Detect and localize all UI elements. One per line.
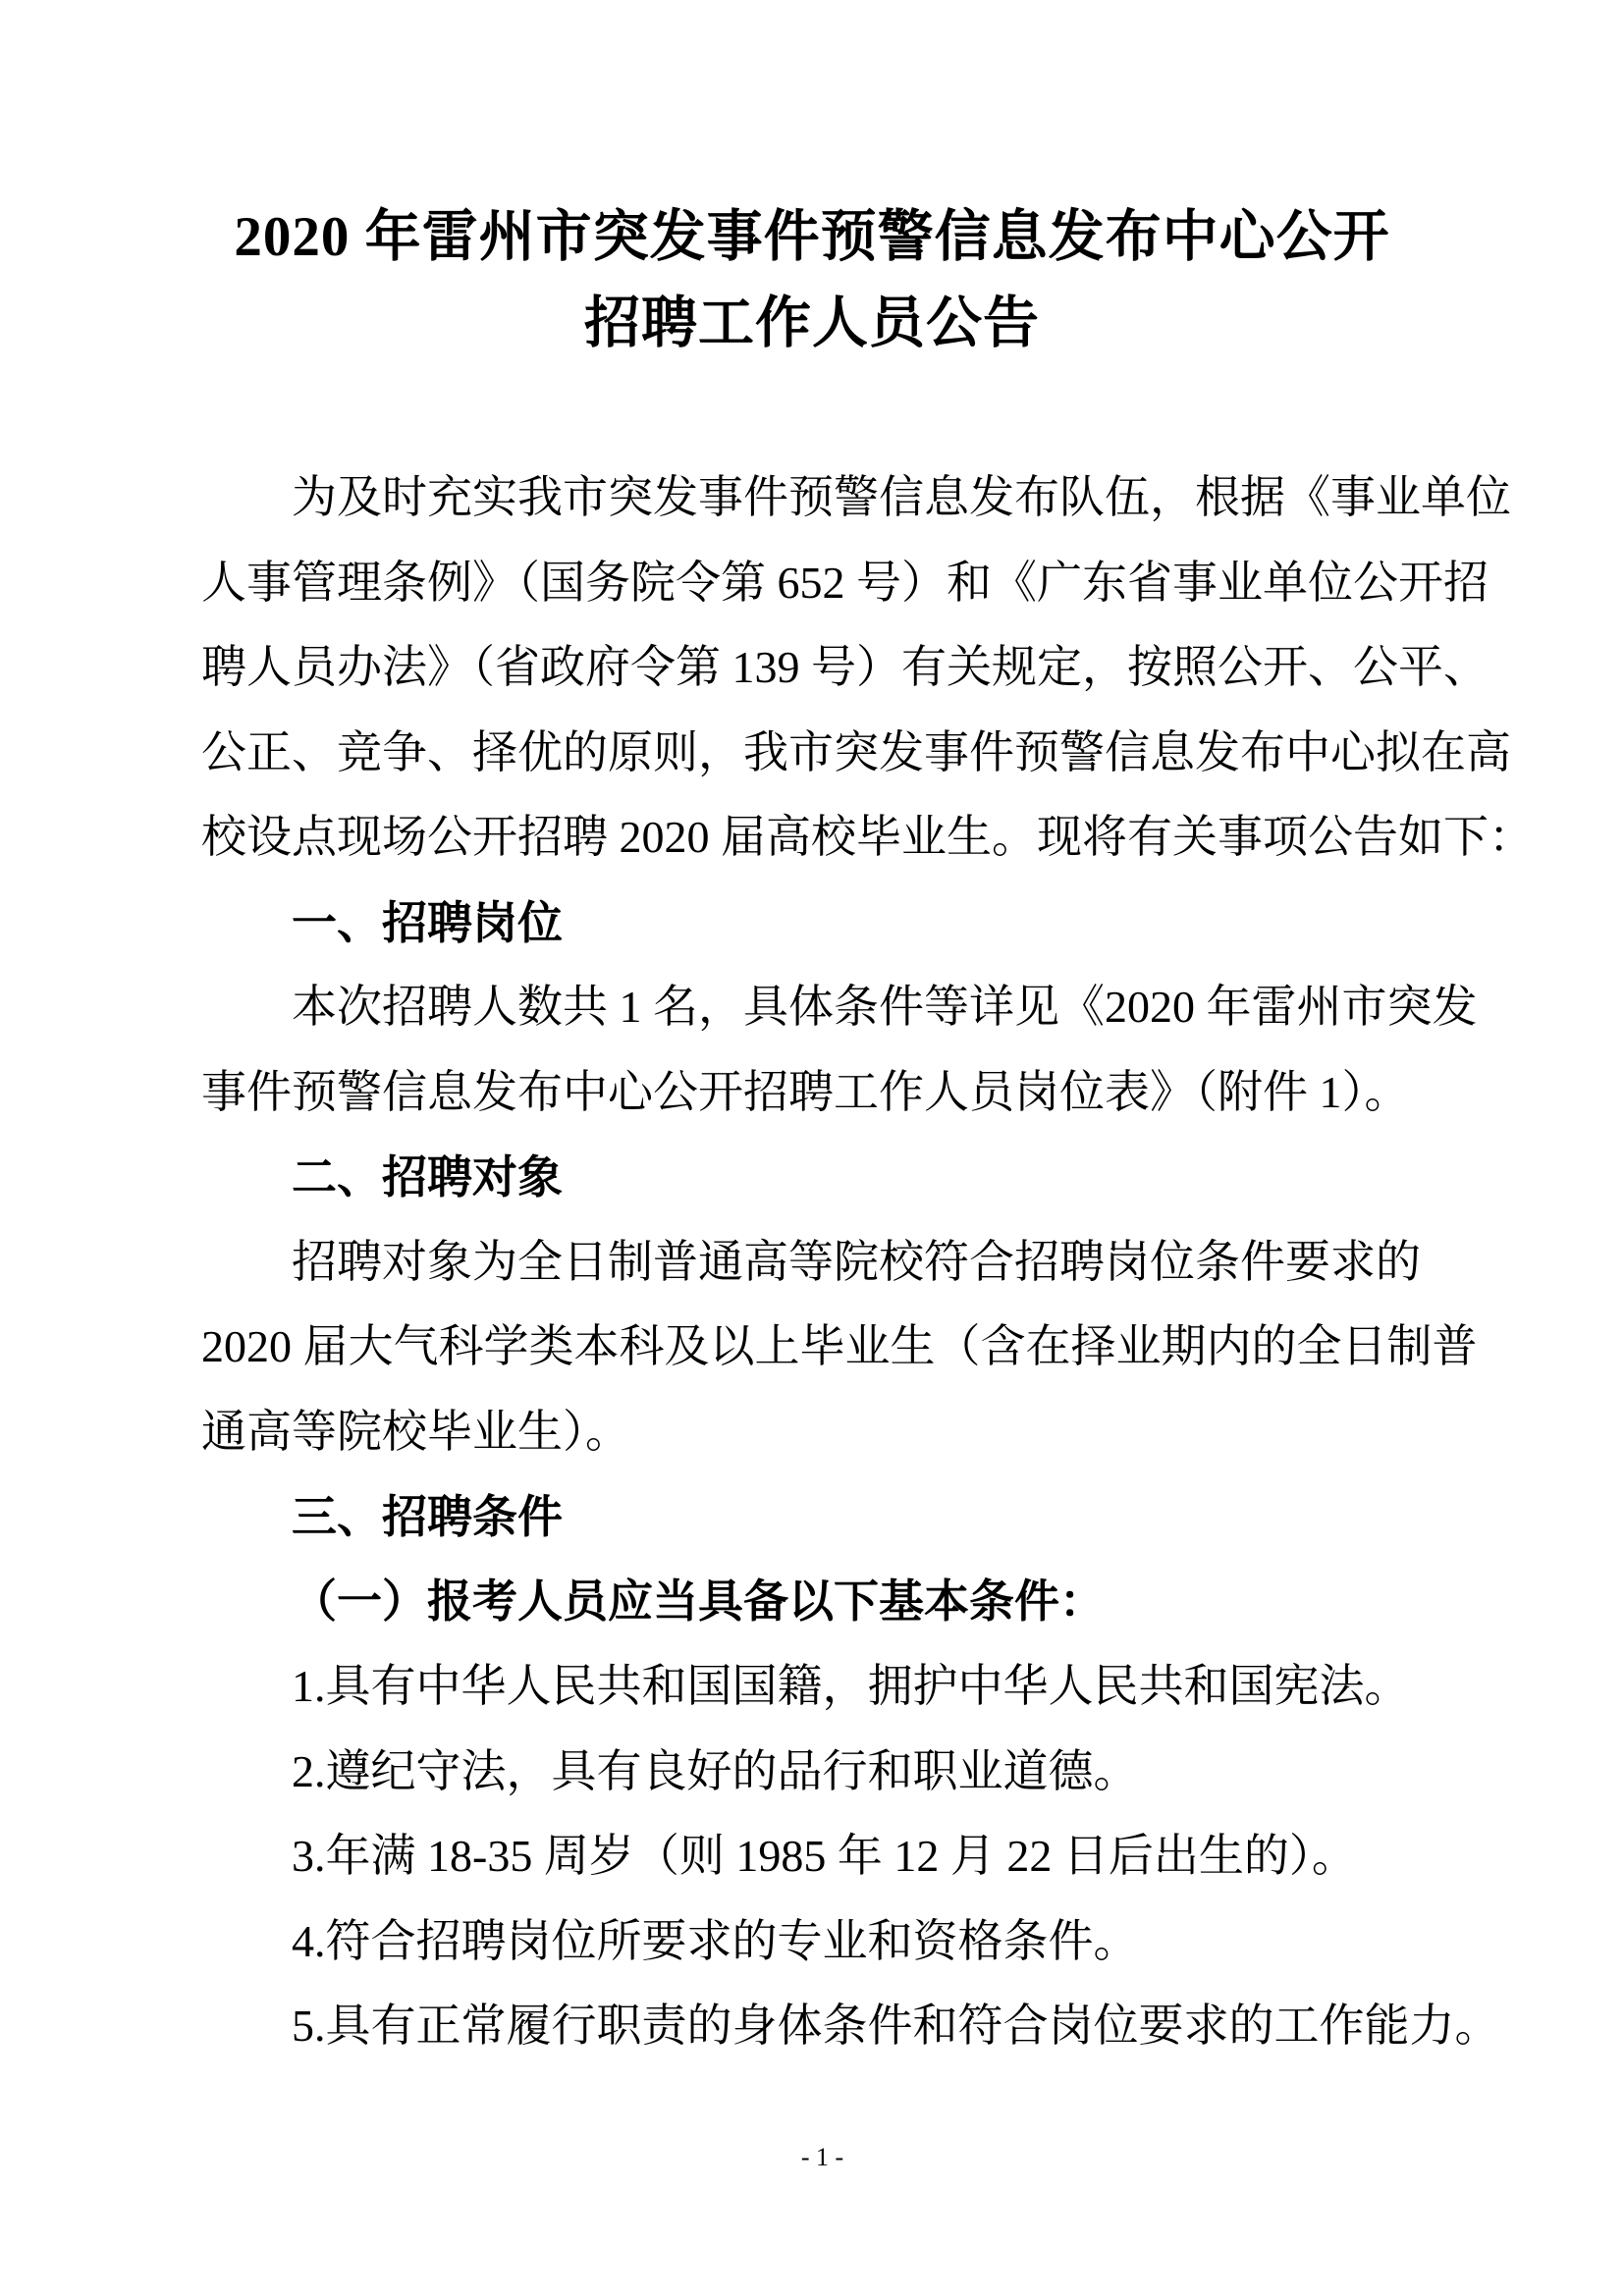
paragraph-intro-line-1: 为及时充实我市突发事件预警信息发布队伍，根据《事业单位 [201,455,1443,541]
paragraph-positions-line-2: 事件预警信息发布中心公开招聘工作人员岗位表》（附件 1）。 [201,1050,1443,1136]
paragraph-intro-line-4: 公正、竞争、择优的原则，我市突发事件预警信息发布中心拟在高 [201,711,1443,796]
subsection-heading-basic-conditions: （一）报考人员应当具备以下基本条件： [201,1560,1443,1645]
condition-item-3: 3.年满 18-35 周岁（则 1985 年 12 月 22 日后出生的）。 [201,1814,1443,1899]
document-title: 2020 年雷州市突发事件预警信息发布中心公开 招聘工作人员公告 [0,0,1624,367]
page-number: - 1 - [201,2138,1443,2177]
paragraph-targets-line-3: 通高等院校毕业生）。 [201,1390,1443,1475]
paragraph-positions-line-1: 本次招聘人数共 1 名，具体条件等详见《2020 年雷州市突发 [201,965,1443,1050]
paragraph-targets-line-1: 招聘对象为全日制普通高等院校符合招聘岗位条件要求的 [201,1220,1443,1306]
document-body: 为及时充实我市突发事件预警信息发布队伍，根据《事业单位 人事管理条例》（国务院令… [201,455,1443,2069]
condition-item-2: 2.遵纪守法，具有良好的品行和职业道德。 [201,1730,1443,1815]
paragraph-intro-line-5: 校设点现场公开招聘 2020 届高校毕业生。现将有关事项公告如下： [201,795,1443,881]
paragraph-intro-line-3: 聘人员办法》（省政府令第 139 号）有关规定，按照公开、公平、 [201,625,1443,711]
section-heading-recruitment-positions: 一、招聘岗位 [201,881,1443,966]
title-line-2: 招聘工作人员公告 [0,281,1624,367]
section-heading-recruitment-conditions: 三、招聘条件 [201,1474,1443,1560]
condition-item-5: 5.具有正常履行职责的身体条件和符合岗位要求的工作能力。 [201,1984,1443,2069]
title-line-1: 2020 年雷州市突发事件预警信息发布中心公开 [0,194,1624,281]
condition-item-4: 4.符合招聘岗位所要求的专业和资格条件。 [201,1899,1443,1985]
paragraph-intro-line-2: 人事管理条例》（国务院令第 652 号）和《广东省事业单位公开招 [201,541,1443,626]
document-page: 2020 年雷州市突发事件预警信息发布中心公开 招聘工作人员公告 为及时充实我市… [0,0,1624,2296]
paragraph-targets-line-2: 2020 届大气科学类本科及以上毕业生（含在择业期内的全日制普 [201,1305,1443,1390]
section-heading-recruitment-targets: 二、招聘对象 [201,1135,1443,1220]
condition-item-1: 1.具有中华人民共和国国籍，拥护中华人民共和国宪法。 [201,1644,1443,1730]
